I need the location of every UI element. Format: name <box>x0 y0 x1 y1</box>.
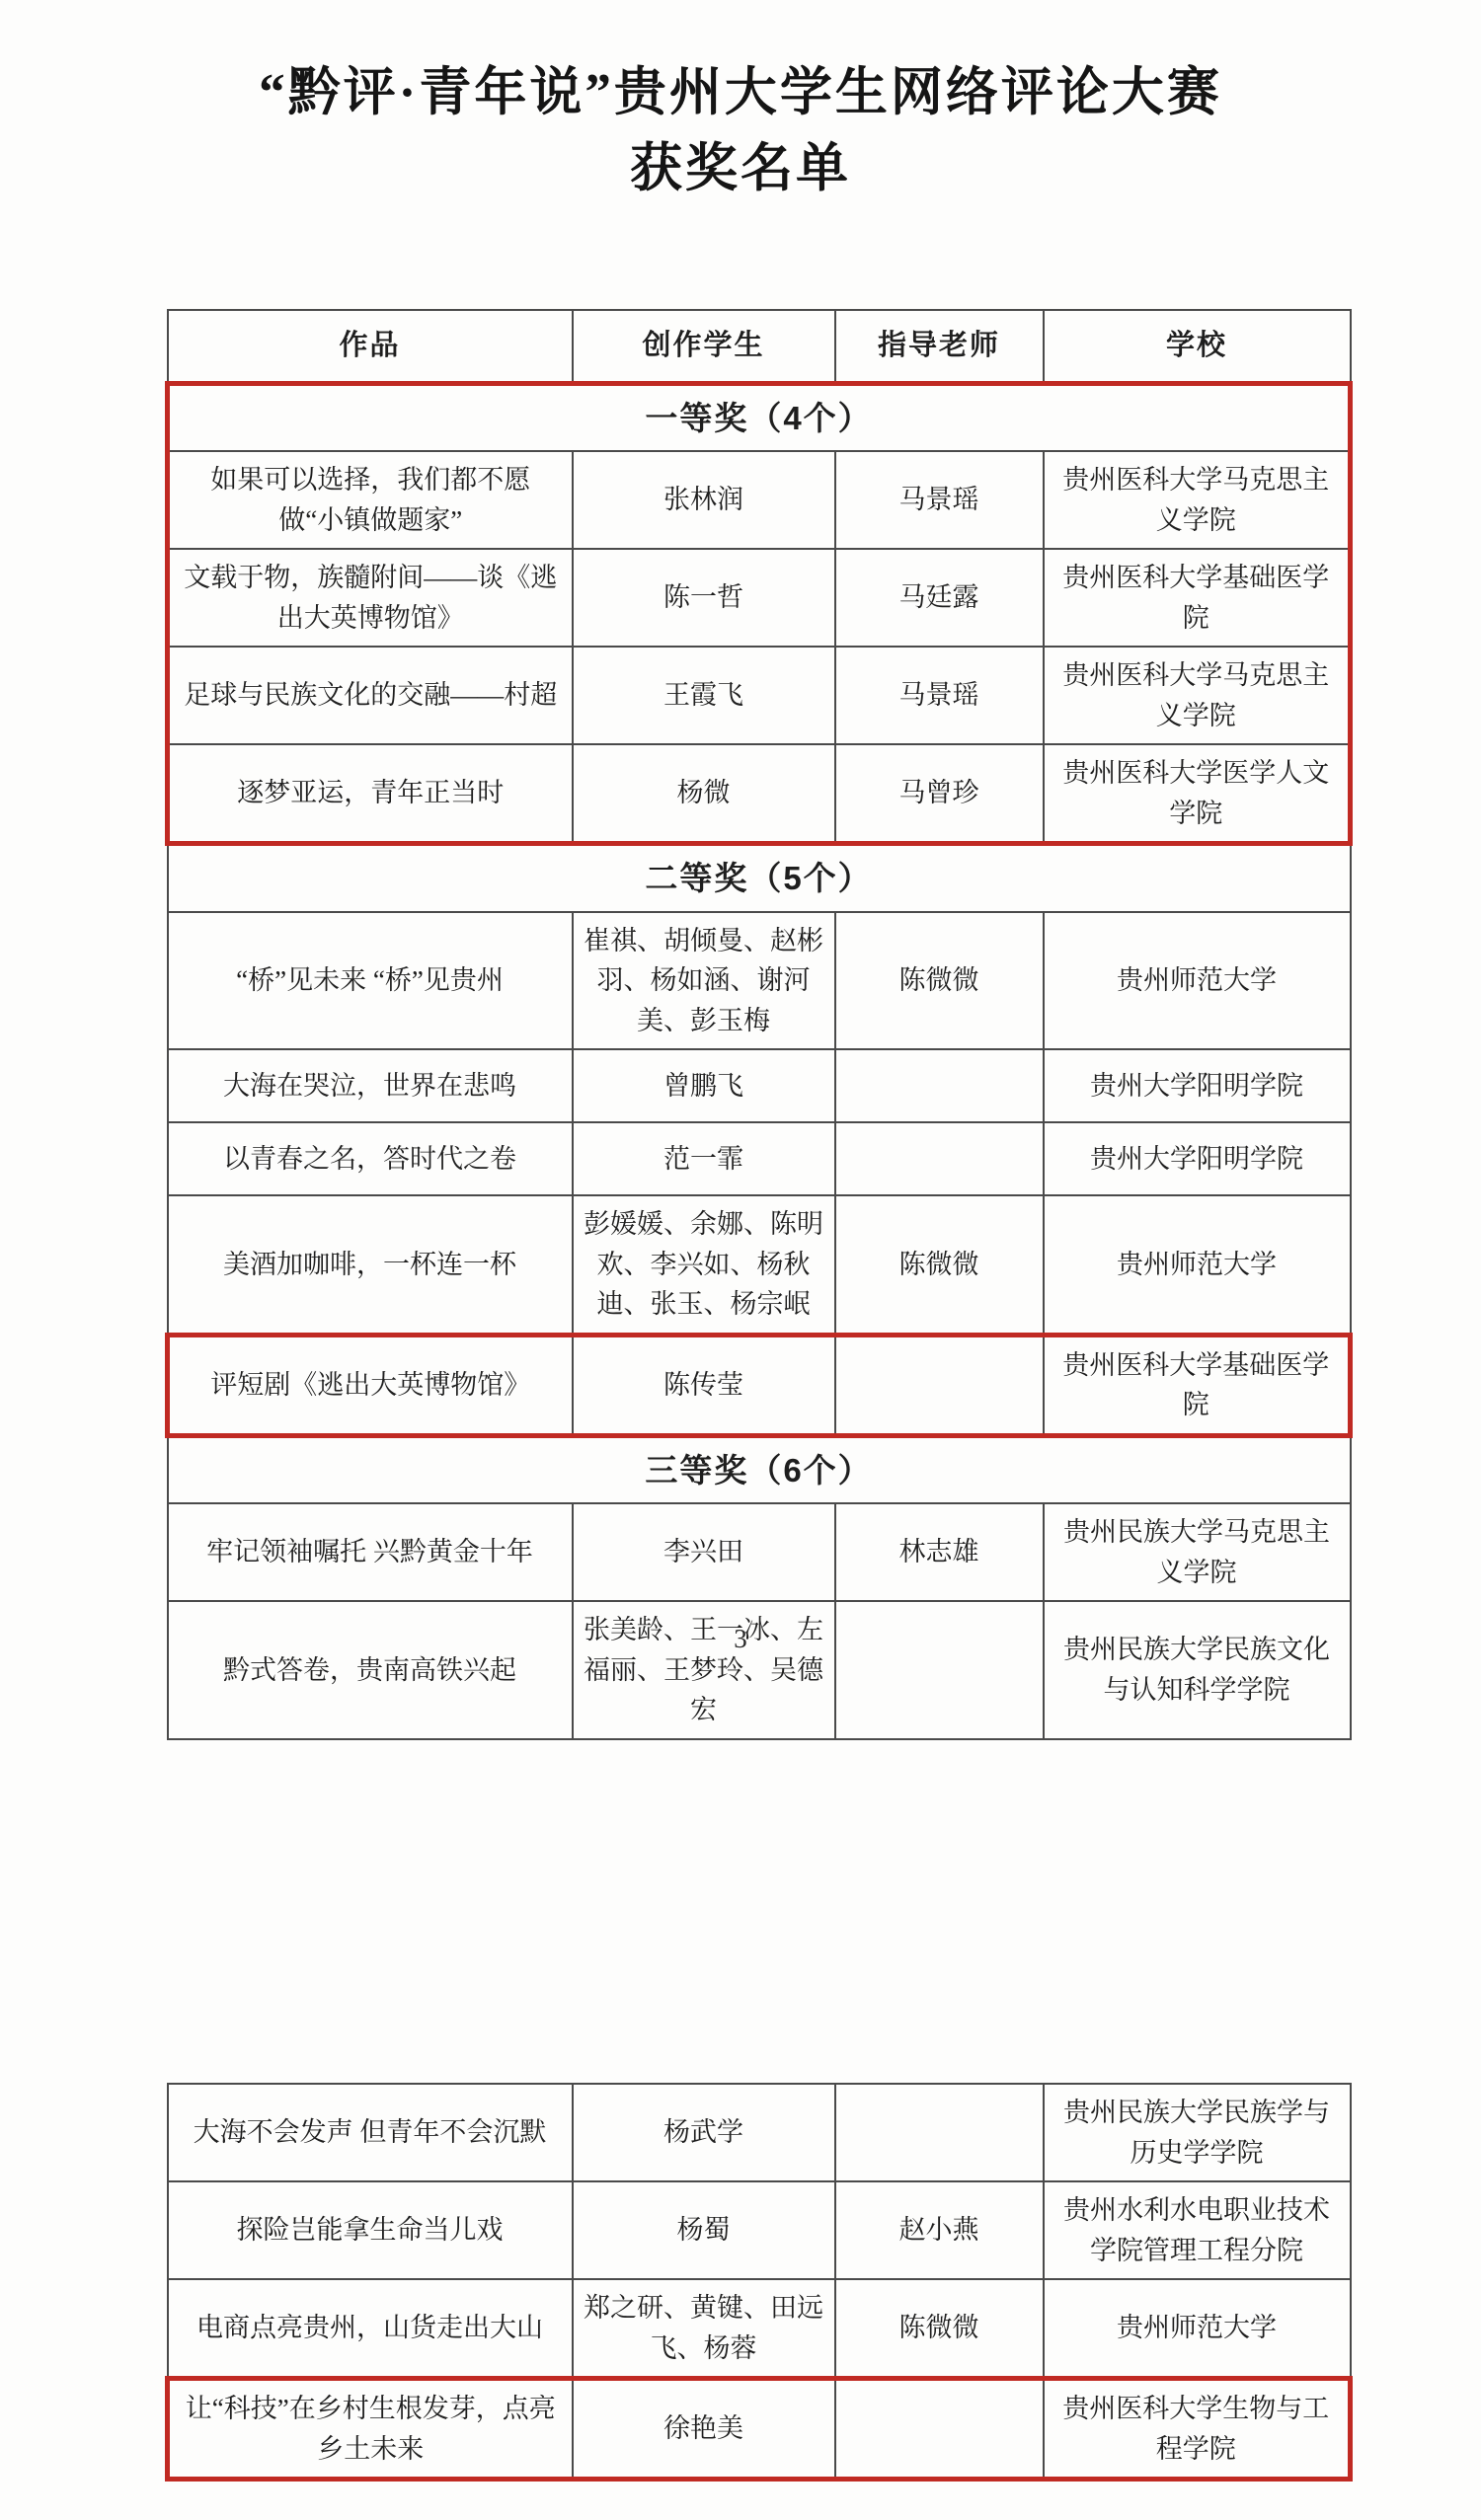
table-row: 黔式答卷，贵南高铁兴起张美龄、王一冰、左福丽、王梦玲、吴德宏贵州民族大学民族文化… <box>168 1601 1351 1739</box>
students-cell: 杨微 <box>573 744 835 844</box>
section-header-row: 三等奖（6个） <box>168 1435 1351 1503</box>
work-cell: 逐梦亚运，青年正当时 <box>168 744 573 844</box>
table-row: 大海在哭泣，世界在悲鸣曾鹏飞贵州大学阳明学院 <box>168 1049 1351 1122</box>
table-row: 大海不会发声 但青年不会沉默杨武学贵州民族大学民族学与历史学学院 <box>168 2084 1351 2181</box>
page-title-line2: 获奖名单 <box>0 131 1481 207</box>
students-cell: 陈传莹 <box>573 1335 835 1435</box>
teacher-cell: 马景瑶 <box>835 451 1044 549</box>
table-row: 足球与民族文化的交融——村超王霞飞马景瑶贵州医科大学马克思主义学院 <box>168 647 1351 744</box>
students-cell: 杨蜀 <box>573 2181 835 2279</box>
work-cell: 以青春之名，答时代之卷 <box>168 1122 573 1195</box>
students-cell: 李兴田 <box>573 1503 835 1601</box>
work-cell: 黔式答卷，贵南高铁兴起 <box>168 1601 573 1739</box>
work-cell: 评短剧《逃出大英博物馆》 <box>168 1335 573 1435</box>
students-cell: 徐艳美 <box>573 2379 835 2480</box>
teacher-cell: 马景瑶 <box>835 647 1044 744</box>
work-cell: 电商点亮贵州，山货走出大山 <box>168 2279 573 2379</box>
work-cell: 探险岂能拿生命当儿戏 <box>168 2181 573 2279</box>
school-cell: 贵州师范大学 <box>1044 1195 1351 1335</box>
table-row: 以青春之名，答时代之卷范一霏贵州大学阳明学院 <box>168 1122 1351 1195</box>
work-cell: 大海不会发声 但青年不会沉默 <box>168 2084 573 2181</box>
table-row: 评短剧《逃出大英博物馆》陈传莹贵州医科大学基础医学院 <box>168 1335 1351 1435</box>
work-cell: 足球与民族文化的交融——村超 <box>168 647 573 744</box>
school-cell: 贵州师范大学 <box>1044 912 1351 1050</box>
school-cell: 贵州民族大学民族文化与认知科学学院 <box>1044 1601 1351 1739</box>
teacher-cell <box>835 1601 1044 1739</box>
teacher-cell: 赵小燕 <box>835 2181 1044 2279</box>
award-section-second-prize: 二等奖（5个）“桥”见未来 “桥”见贵州崔祺、胡倾曼、赵彬羽、杨如涵、谢河美、彭… <box>168 844 1351 1436</box>
school-cell: 贵州大学阳明学院 <box>1044 1049 1351 1122</box>
column-header-teacher: 指导老师 <box>835 310 1044 383</box>
students-cell: 陈一哲 <box>573 549 835 647</box>
work-cell: 美酒加咖啡，一杯连一杯 <box>168 1195 573 1335</box>
table-row: 让“科技”在乡村生根发芽，点亮乡土未来徐艳美贵州医科大学生物与工程学院 <box>168 2379 1351 2480</box>
award-section-first-prize: 一等奖（4个）如果可以选择，我们都不愿做“小镇做题家”张林润马景瑶贵州医科大学马… <box>168 383 1351 844</box>
teacher-cell <box>835 2084 1044 2181</box>
school-cell: 贵州医科大学马克思主义学院 <box>1044 451 1351 549</box>
students-cell: 崔祺、胡倾曼、赵彬羽、杨如涵、谢河美、彭玉梅 <box>573 912 835 1050</box>
page-title: “黔评·青年说”贵州大学生网络评论大赛 获奖名单 <box>0 55 1481 207</box>
students-cell: 张林润 <box>573 451 835 549</box>
school-cell: 贵州水利水电职业技术学院管理工程分院 <box>1044 2181 1351 2279</box>
section-header-row: 一等奖（4个） <box>168 383 1351 451</box>
students-cell: 杨武学 <box>573 2084 835 2181</box>
work-cell: 让“科技”在乡村生根发芽，点亮乡土未来 <box>168 2379 573 2480</box>
school-cell: 贵州医科大学生物与工程学院 <box>1044 2379 1351 2480</box>
students-cell: 张美龄、王一冰、左福丽、王梦玲、吴德宏 <box>573 1601 835 1739</box>
teacher-cell: 陈微微 <box>835 912 1044 1050</box>
column-header-school: 学校 <box>1044 310 1351 383</box>
school-cell: 贵州医科大学基础医学院 <box>1044 549 1351 647</box>
table-row: 探险岂能拿生命当儿戏杨蜀赵小燕贵州水利水电职业技术学院管理工程分院 <box>168 2181 1351 2279</box>
teacher-cell <box>835 2379 1044 2480</box>
students-cell: 曾鹏飞 <box>573 1049 835 1122</box>
section-header-row: 二等奖（5个） <box>168 844 1351 912</box>
table-row: 牢记领袖嘱托 兴黔黄金十年李兴田林志雄贵州民族大学马克思主义学院 <box>168 1503 1351 1601</box>
school-cell: 贵州师范大学 <box>1044 2279 1351 2379</box>
table-row: 文载于物，族髓附间——谈《逃出大英博物馆》陈一哲马廷露贵州医科大学基础医学院 <box>168 549 1351 647</box>
table-row: 美酒加咖啡，一杯连一杯彭媛媛、余娜、陈明欢、李兴如、杨秋迪、张玉、杨宗岷陈微微贵… <box>168 1195 1351 1335</box>
work-cell: 牢记领袖嘱托 兴黔黄金十年 <box>168 1503 573 1601</box>
table-row: 逐梦亚运，青年正当时杨微马曾珍贵州医科大学医学人文学院 <box>168 744 1351 844</box>
work-cell: 如果可以选择，我们都不愿做“小镇做题家” <box>168 451 573 549</box>
award-section-third-prize: 三等奖（6个）牢记领袖嘱托 兴黔黄金十年李兴田林志雄贵州民族大学马克思主义学院黔… <box>168 1435 1351 1739</box>
page-title-line1: “黔评·青年说”贵州大学生网络评论大赛 <box>0 55 1481 131</box>
teacher-cell: 陈微微 <box>835 2279 1044 2379</box>
awards-table-header: 作品 创作学生 指导老师 学校 <box>168 310 1351 383</box>
students-cell: 范一霏 <box>573 1122 835 1195</box>
students-cell: 王霞飞 <box>573 647 835 744</box>
teacher-cell: 林志雄 <box>835 1503 1044 1601</box>
awards-table-page3: 作品 创作学生 指导老师 学校 一等奖（4个）如果可以选择，我们都不愿做“小镇做… <box>165 309 1353 1740</box>
section-label: 一等奖（4个） <box>168 383 1351 451</box>
document-page: “黔评·青年说”贵州大学生网络评论大赛 获奖名单 作品 创作学生 指导老师 学校… <box>0 0 1481 2520</box>
page-number: 3 <box>0 1624 1481 1654</box>
teacher-cell: 马廷露 <box>835 549 1044 647</box>
school-cell: 贵州医科大学马克思主义学院 <box>1044 647 1351 744</box>
section-label: 二等奖（5个） <box>168 844 1351 912</box>
work-cell: 文载于物，族髓附间——谈《逃出大英博物馆》 <box>168 549 573 647</box>
teacher-cell <box>835 1049 1044 1122</box>
awards-table-page4-continuation: 大海不会发声 但青年不会沉默杨武学贵州民族大学民族学与历史学学院探险岂能拿生命当… <box>165 2083 1353 2482</box>
table-row: 如果可以选择，我们都不愿做“小镇做题家”张林润马景瑶贵州医科大学马克思主义学院 <box>168 451 1351 549</box>
column-header-work: 作品 <box>168 310 573 383</box>
teacher-cell: 陈微微 <box>835 1195 1044 1335</box>
header-row: 作品 创作学生 指导老师 学校 <box>168 310 1351 383</box>
work-cell: 大海在哭泣，世界在悲鸣 <box>168 1049 573 1122</box>
third-prize-continued-section: 大海不会发声 但青年不会沉默杨武学贵州民族大学民族学与历史学学院探险岂能拿生命当… <box>168 2084 1351 2480</box>
school-cell: 贵州大学阳明学院 <box>1044 1122 1351 1195</box>
section-label: 三等奖（6个） <box>168 1435 1351 1503</box>
school-cell: 贵州民族大学马克思主义学院 <box>1044 1503 1351 1601</box>
students-cell: 郑之研、黄键、田远飞、杨蓉 <box>573 2279 835 2379</box>
work-cell: “桥”见未来 “桥”见贵州 <box>168 912 573 1050</box>
table-row: “桥”见未来 “桥”见贵州崔祺、胡倾曼、赵彬羽、杨如涵、谢河美、彭玉梅陈微微贵州… <box>168 912 1351 1050</box>
table-row: 电商点亮贵州，山货走出大山郑之研、黄键、田远飞、杨蓉陈微微贵州师范大学 <box>168 2279 1351 2379</box>
school-cell: 贵州医科大学基础医学院 <box>1044 1335 1351 1435</box>
school-cell: 贵州医科大学医学人文学院 <box>1044 744 1351 844</box>
students-cell: 彭媛媛、余娜、陈明欢、李兴如、杨秋迪、张玉、杨宗岷 <box>573 1195 835 1335</box>
column-header-students: 创作学生 <box>573 310 835 383</box>
school-cell: 贵州民族大学民族学与历史学学院 <box>1044 2084 1351 2181</box>
teacher-cell: 马曾珍 <box>835 744 1044 844</box>
teacher-cell <box>835 1122 1044 1195</box>
teacher-cell <box>835 1335 1044 1435</box>
